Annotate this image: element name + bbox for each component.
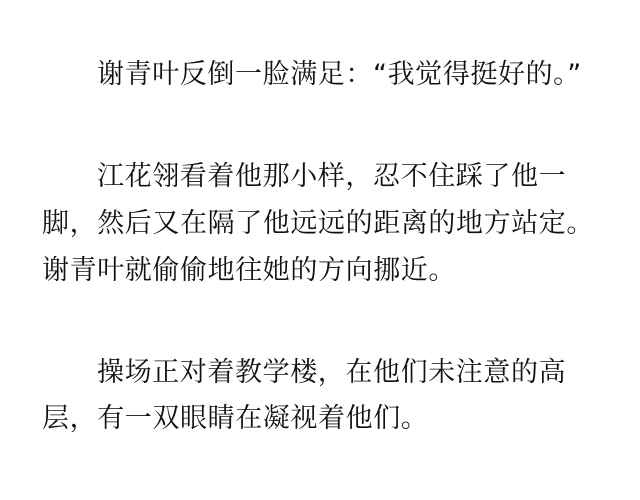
text-line: 层，有一双眼睛在凝视着他们。 (42, 402, 428, 436)
text-line: 江花翎看着他那小样，忍不住踩了他一 (97, 160, 566, 194)
text-line: 操场正对着教学楼，在他们未注意的高 (97, 356, 566, 390)
text-line: 谢青叶就偷偷地往她的方向挪近。 (42, 254, 456, 288)
text-line: 谢青叶反倒一脸满足：“我觉得挺好的。” (97, 58, 582, 92)
text-line: 脚，然后又在隔了他远远的距离的地方站定。 (42, 207, 594, 241)
